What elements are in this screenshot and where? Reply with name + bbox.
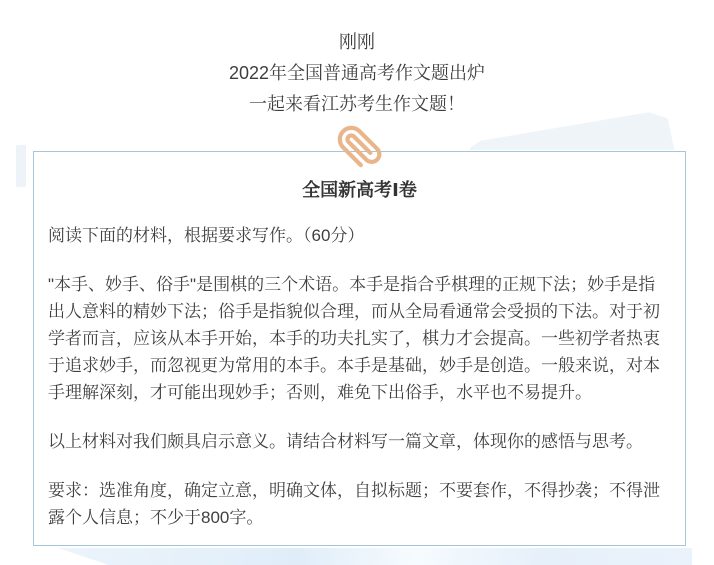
paperclip-icon	[336, 124, 382, 170]
article-page: 刚刚 2022年全国普通高考作文题出炉 一起来看江苏考生作文题！ 全国新高考Ⅰ卷…	[0, 0, 714, 565]
card-title: 全国新高考Ⅰ卷	[48, 178, 671, 202]
header-line-timestamp: 刚刚	[0, 31, 714, 53]
decorative-band-bottom	[58, 548, 692, 565]
header-line-headline: 2022年全国普通高考作文题出炉	[0, 62, 714, 84]
exam-paper-card: 全国新高考Ⅰ卷 阅读下面的材料，根据要求写作。（60分） "本手、妙手、俗手"是…	[33, 151, 686, 546]
decorative-strip-left	[16, 145, 26, 188]
paragraph-material: "本手、妙手、俗手"是围棋的三个术语。本手是指合乎棋理的正规下法；妙手是指出人意…	[48, 271, 671, 406]
paragraph-task: 以上材料对我们颇具启示意义。请结合材料写一篇文章，体现你的感悟与思考。	[48, 428, 671, 455]
paragraph-requirements: 要求：选准角度，确定立意，明确文体，自拟标题；不要套作，不得抄袭；不得泄露个人信…	[48, 477, 671, 531]
header-line-subheadline: 一起来看江苏考生作文题！	[0, 93, 714, 115]
paragraph-instruction: 阅读下面的材料，根据要求写作。（60分）	[48, 222, 671, 249]
